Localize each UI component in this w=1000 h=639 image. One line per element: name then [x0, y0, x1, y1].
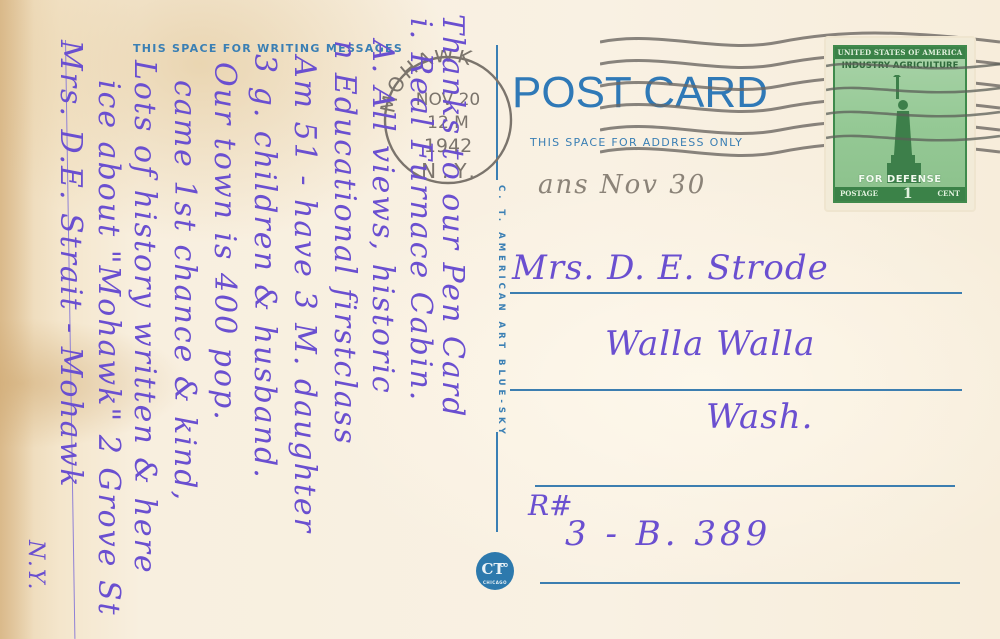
message-line: ice about "Mohawk" 2 Grove St — [91, 80, 126, 617]
recipient-city: Walla Walla — [605, 324, 815, 364]
message-line: Thanks to our Pen Card — [435, 14, 470, 418]
postcard-back: THIS SPACE FOR WRITING MESSAGES POST CAR… — [0, 0, 1000, 639]
publisher-imprint: C. T. AMERICAN ART BLUE-SKY — [496, 185, 506, 438]
address-line-2 — [510, 389, 962, 391]
message-line: Mrs. D.E. Strait - Mohawk — [53, 40, 88, 489]
message-line: Our town is 400 pop. — [207, 62, 242, 422]
message-line: n Educational firstclass — [327, 40, 362, 446]
recipient-name: Mrs. D. E. Strode — [512, 248, 829, 288]
message-line: i. Real Furnace Cabin. — [403, 18, 438, 402]
route-number: 3 - B. 389 — [565, 514, 771, 554]
center-divider-lower — [496, 432, 498, 532]
address-line-4 — [540, 582, 960, 584]
pencil-answer-note: ans Nov 30 — [538, 170, 706, 200]
stamp-denomination-bar: POSTAGE 1 CENT — [835, 187, 965, 201]
stamp-cancel-lines — [826, 40, 1000, 160]
message-line: N.Y. — [23, 540, 48, 592]
recipient-state: Wash. — [706, 397, 813, 437]
message-line: Am 51 - have 3 M. daughter — [287, 56, 322, 534]
message-line: A. All views, historic — [365, 40, 400, 395]
message-line: Lots of history written & here — [127, 60, 162, 575]
stamp-caption: FOR DEFENSE — [835, 174, 965, 185]
message-line: came 1st chance & kind, — [167, 80, 202, 502]
curt-teich-logo-icon: CT CO CHICAGO — [476, 552, 514, 590]
address-line-1 — [510, 292, 962, 294]
message-line: 3 g. children & husband. — [247, 54, 282, 480]
address-line-3 — [535, 485, 955, 487]
